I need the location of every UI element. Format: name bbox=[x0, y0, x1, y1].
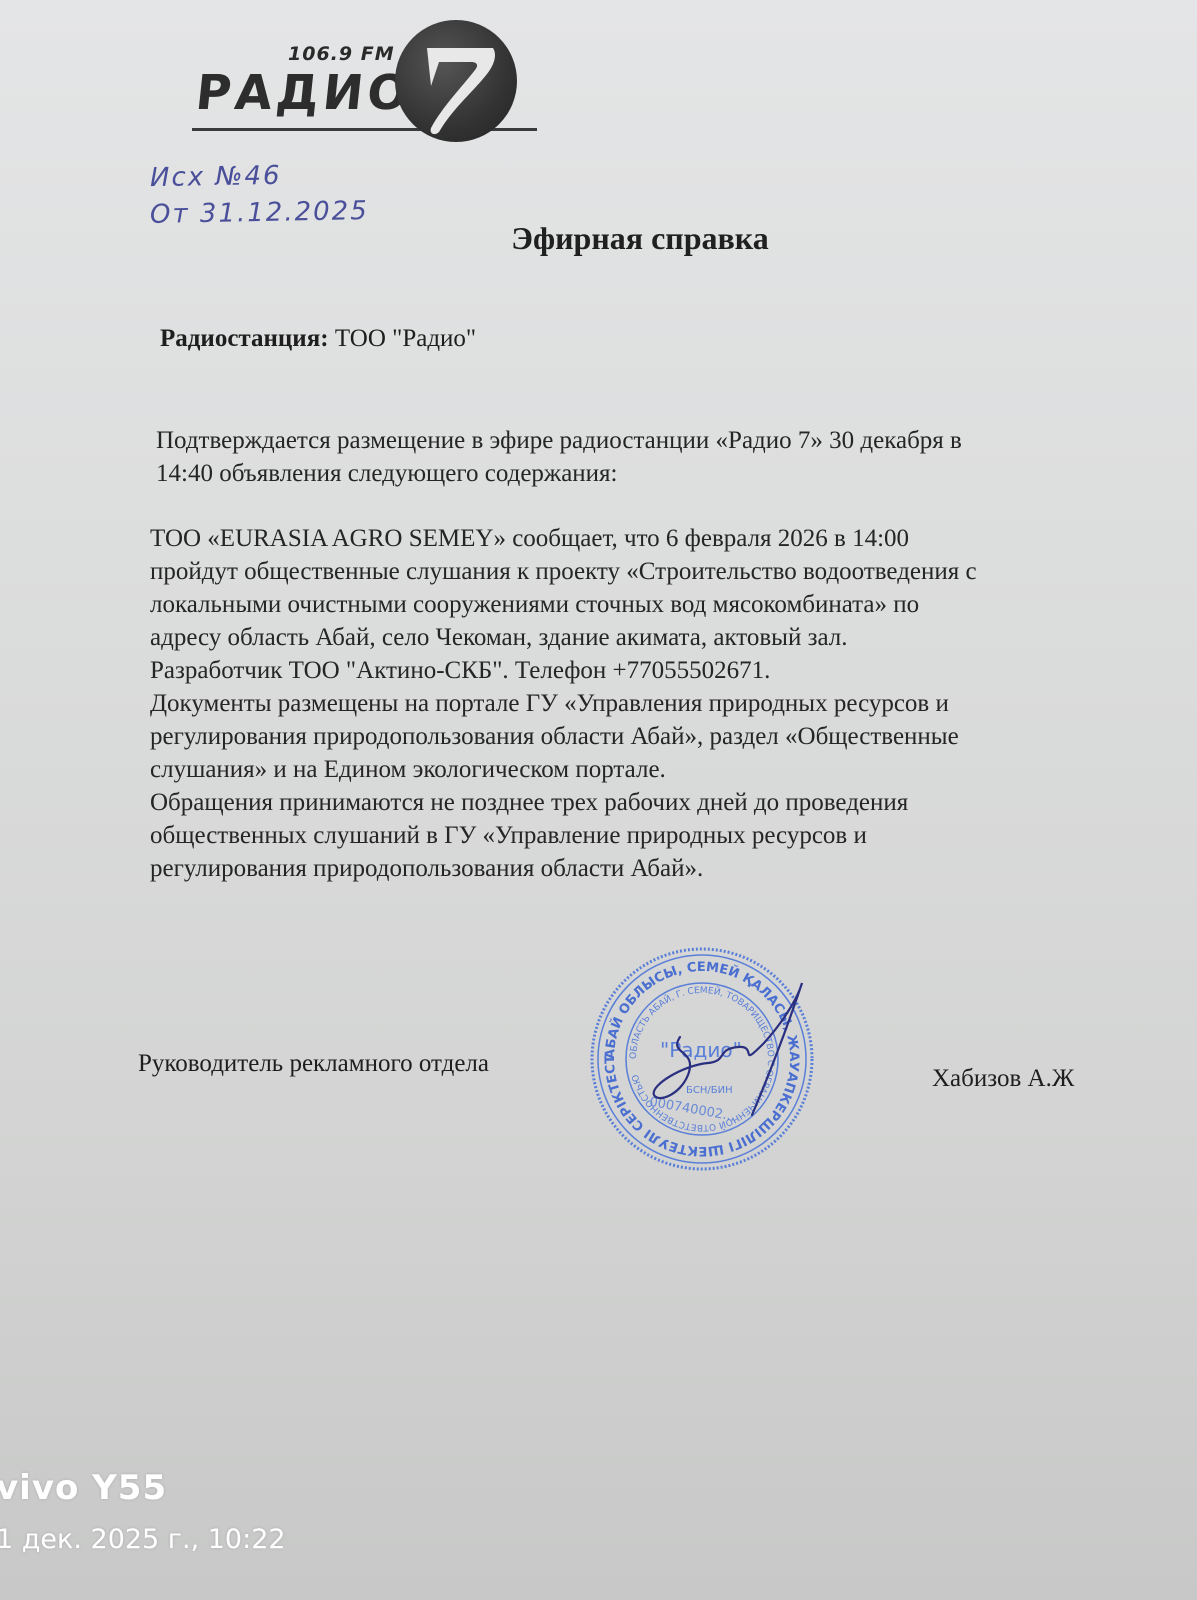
announcement-line: ТОО «EURASIA AGRO SEMEY» сообщает, что 6… bbox=[150, 522, 1130, 555]
announcement-line: локальными очистными сооружениями сточны… bbox=[150, 588, 1130, 621]
station-value: ТОО "Радио" bbox=[335, 325, 476, 352]
announcement-line: общественных слушаний в ГУ «Управление п… bbox=[150, 819, 1130, 852]
announcement-line: слушания» и на Едином экологическом порт… bbox=[150, 753, 1130, 786]
stamp-bin: 000740002... bbox=[648, 1095, 736, 1125]
announcement-line: пройдут общественные слушания к проекту … bbox=[150, 555, 1130, 588]
stamp-bin-label: БСН/БИН bbox=[686, 1085, 733, 1096]
company-stamp: АБАЙ ОБЛЫСЫ, СЕМЕЙ ҚАЛАСЫ, ЖАУАПКЕРШІЛІГ… bbox=[588, 945, 816, 1173]
announcement-line: Обращения принимаются не позднее трех ра… bbox=[150, 786, 1130, 819]
announcement-line: Разработчик ТОО "Актино-СКБ". Телефон +7… bbox=[150, 654, 1130, 687]
announcement-line: Документы размещены на портале ГУ «Управ… bbox=[150, 687, 1130, 720]
announcement-line: регулирования природопользования области… bbox=[150, 852, 1130, 885]
intro-paragraph: Подтверждается размещение в эфире радиос… bbox=[156, 424, 1136, 490]
announcement-paragraph: ТОО «EURASIA AGRO SEMEY» сообщает, что 6… bbox=[150, 522, 1130, 885]
logo-name: РАДИО bbox=[193, 65, 415, 121]
announcement-line: регулирования природопользования области… bbox=[150, 720, 1130, 753]
signatory-name: Хабизов А.Ж bbox=[932, 1065, 1074, 1093]
signatory-position: Руководитель рекламного отдела bbox=[138, 1050, 489, 1078]
radio7-emblem-icon bbox=[395, 20, 517, 142]
camera-watermark-datetime: 1 дек. 2025 г., 10:22 bbox=[0, 1524, 286, 1555]
announcement-line: адресу область Абай, село Чекоман, здани… bbox=[150, 621, 1130, 654]
handwritten-outgoing-number: Исх №46 bbox=[150, 161, 282, 193]
station-label: Радиостанция: bbox=[160, 325, 329, 352]
logo-frequency: 106.9 FM bbox=[288, 43, 395, 65]
document-title: Эфирная справка bbox=[0, 220, 1197, 257]
station-line: Радиостанция: ТОО "Радио" bbox=[160, 325, 476, 353]
camera-watermark-device: vivo Y55 bbox=[0, 1468, 167, 1508]
intro-line: Подтверждается размещение в эфире радиос… bbox=[156, 424, 1136, 457]
radio-logo: 106.9 FM РАДИО bbox=[190, 15, 540, 165]
stamp-center-text: "Радио" bbox=[660, 1038, 742, 1062]
intro-line: 14:40 объявления следующего содержания: bbox=[156, 457, 1136, 490]
